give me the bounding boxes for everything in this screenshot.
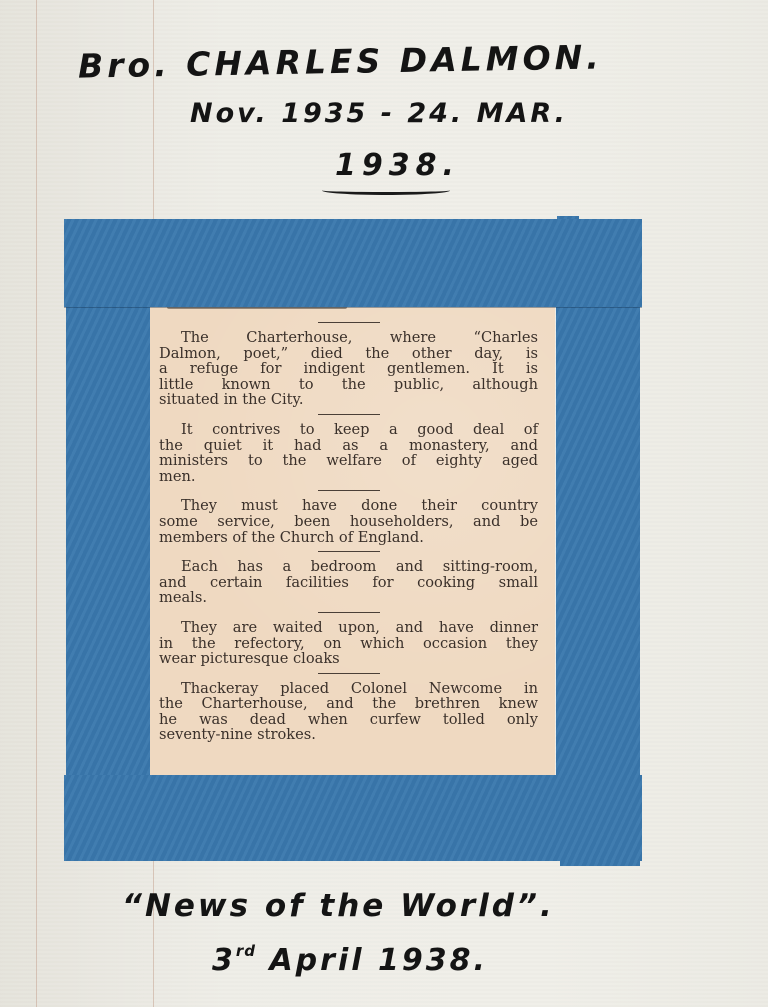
clipping-line: seventy-nine strokes. <box>159 727 538 743</box>
newspaper-clipping: The Charterhouse, where “CharlesDalmon, … <box>150 306 555 776</box>
blue-tape-left <box>66 300 152 780</box>
handwritten-source: “News of the World”. <box>122 888 555 924</box>
clipping-paragraph: It contrives to keep a good deal ofthe q… <box>159 422 538 484</box>
handwritten-title-year: 1938. <box>335 148 460 183</box>
clipping-line: Thackeray placed Colonel Newcome in <box>159 681 538 697</box>
date-day: 3 <box>212 943 236 978</box>
handwritten-title-name: Bro. CHARLES DALMON. <box>78 37 603 85</box>
date-rest: April 1938. <box>269 943 487 978</box>
column-rule <box>318 414 380 415</box>
title-underline <box>322 186 450 195</box>
clipping-paragraph: Each has a bedroom and sitting-room,and … <box>159 559 538 606</box>
clipping-paragraph: Thackeray placed Colonel Newcome inthe C… <box>159 681 538 743</box>
blue-tape-bottom <box>64 775 642 861</box>
clipping-line: the Charterhouse, and the brethren knew <box>159 696 538 712</box>
clipping-body: The Charterhouse, where “CharlesDalmon, … <box>159 322 538 743</box>
blue-tape-top <box>64 219 642 307</box>
clipping-line: It contrives to keep a good deal of <box>159 422 538 438</box>
clipping-line: little known to the public, although <box>159 377 538 393</box>
clipping-line: in the refectory, on which occasion they <box>159 636 538 652</box>
margin-line <box>36 0 37 1007</box>
clipping-paragraph: They are waited upon, and have dinnerin … <box>159 620 538 667</box>
clipping-line: some service, been householders, and be <box>159 514 538 530</box>
date-suffix: rd <box>236 942 256 960</box>
column-rule <box>318 673 380 674</box>
clipping-line: a refuge for indigent gentlemen. It is <box>159 361 538 377</box>
column-rule <box>318 551 380 552</box>
clipping-line: They are waited upon, and have dinner <box>159 620 538 636</box>
clipping-line: he was dead when curfew tolled only <box>159 712 538 728</box>
album-page: Bro. CHARLES DALMON. Nov. 1935 - 24. MAR… <box>0 0 768 1007</box>
handwritten-date: 3rd April 1938. <box>212 942 488 978</box>
clipping-line: wear picturesque cloaks <box>159 651 538 667</box>
handwritten-title-dates: Nov. 1935 - 24. MAR. <box>190 98 568 129</box>
column-rule <box>318 490 380 491</box>
clipping-line: men. <box>159 469 538 485</box>
clipping-paragraph: They must have done their countrysome se… <box>159 498 538 545</box>
clipping-line: meals. <box>159 590 538 606</box>
column-rule <box>318 322 380 323</box>
column-rule <box>318 612 380 613</box>
clipping-line: Each has a bedroom and sitting-room, <box>159 559 538 575</box>
clipping-line: ministers to the welfare of eighty aged <box>159 453 538 469</box>
clipping-line: They must have done their country <box>159 498 538 514</box>
clipping-line: situated in the City. <box>159 392 538 408</box>
clipping-line: The Charterhouse, where “Charles <box>159 330 538 346</box>
clipping-line: the quiet it had as a monastery, and <box>159 438 538 454</box>
clipping-line: and certain facilities for cooking small <box>159 575 538 591</box>
blue-tape-right <box>556 300 640 780</box>
clipping-line: members of the Church of England. <box>159 530 538 546</box>
clipping-line: Dalmon, poet,” died the other day, is <box>159 346 538 362</box>
clipping-paragraph: The Charterhouse, where “CharlesDalmon, … <box>159 330 538 408</box>
